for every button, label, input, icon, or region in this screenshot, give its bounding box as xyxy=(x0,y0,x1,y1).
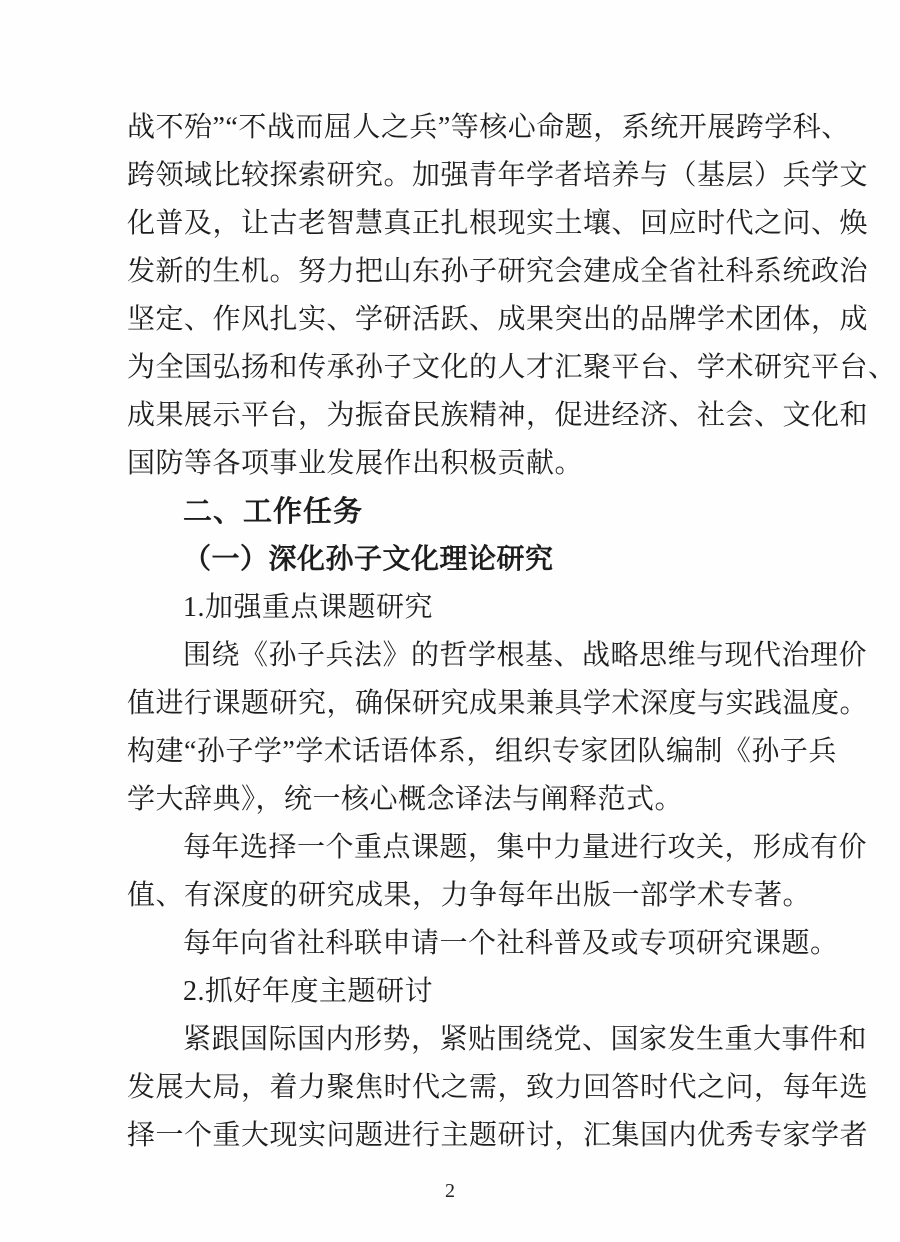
paragraph-line: 围绕《孙子兵法》的哲学根基、战略思维与现代治理价 xyxy=(127,632,777,680)
subsection-heading-deepen-theory-research: （一）深化孙子文化理论研究 xyxy=(127,536,777,584)
body-paragraph-3: 每年选择一个重点课题，集中力量进行攻关，形成有价 值、有深度的研究成果，力争每年… xyxy=(127,824,777,920)
paragraph-line: 发展大局，着力聚焦时代之需，致力回答时代之问，每年选 xyxy=(127,1064,777,1112)
paragraph-line: 坚定、作风扎实、学研活跃、成果突出的品牌学术团体，成 xyxy=(127,296,777,344)
paragraph-line: 跨领域比较探索研究。加强青年学者培养与（基层）兵学文 xyxy=(127,152,777,200)
paragraph-line: 成果展示平台，为振奋民族精神，促进经济、社会、文化和 xyxy=(127,392,777,440)
document-body: 战不殆”“不战而屈人之兵”等核心命题，系统开展跨学科、 跨领域比较探索研究。加强… xyxy=(127,104,777,1160)
body-paragraph-5: 紧跟国际国内形势，紧贴围绕党、国家发生重大事件和 发展大局，着力聚焦时代之需，致… xyxy=(127,1016,777,1160)
paragraph-line: 发新的生机。努力把山东孙子研究会建成全省社科系统政治 xyxy=(127,248,777,296)
paragraph-line: 构建“孙子学”学术话语体系，组织专家团队编制《孙子兵 xyxy=(127,728,777,776)
paragraph-line: 每年向省社科联申请一个社科普及或专项研究课题。 xyxy=(127,920,777,968)
paragraph-line: 值、有深度的研究成果，力争每年出版一部学术专著。 xyxy=(127,872,777,920)
paragraph-line: 国防等各项事业发展作出积极贡献。 xyxy=(127,440,777,488)
paragraph-line: 值进行课题研究，确保研究成果兼具学术深度与实践温度。 xyxy=(127,680,777,728)
paragraph-line: 战不殆”“不战而屈人之兵”等核心命题，系统开展跨学科、 xyxy=(127,104,777,152)
page-number: 2 xyxy=(0,1178,900,1204)
document-page: 战不殆”“不战而屈人之兵”等核心命题，系统开展跨学科、 跨领域比较探索研究。加强… xyxy=(0,0,900,1242)
paragraph-line: 每年选择一个重点课题，集中力量进行攻关，形成有价 xyxy=(127,824,777,872)
item-2-heading: 2.抓好年度主题研讨 xyxy=(127,968,777,1016)
item-1-heading: 1.加强重点课题研究 xyxy=(127,584,777,632)
paragraph-line: 化普及，让古老智慧真正扎根现实土壤、回应时代之问、焕 xyxy=(127,200,777,248)
paragraph-line: 紧跟国际国内形势，紧贴围绕党、国家发生重大事件和 xyxy=(127,1016,777,1064)
body-paragraph-4: 每年向省社科联申请一个社科普及或专项研究课题。 xyxy=(127,920,777,968)
paragraph-line: 择一个重大现实问题进行主题研讨，汇集国内优秀专家学者 xyxy=(127,1112,777,1160)
body-paragraph-2: 围绕《孙子兵法》的哲学根基、战略思维与现代治理价 值进行课题研究，确保研究成果兼… xyxy=(127,632,777,824)
section-heading-work-tasks: 二、工作任务 xyxy=(127,488,777,536)
paragraph-line: 为全国弘扬和传承孙子文化的人才汇聚平台、学术研究平台、 xyxy=(127,344,777,392)
body-paragraph-1: 战不殆”“不战而屈人之兵”等核心命题，系统开展跨学科、 跨领域比较探索研究。加强… xyxy=(127,104,777,488)
paragraph-line: 学大辞典》，统一核心概念译法与阐释范式。 xyxy=(127,776,777,824)
